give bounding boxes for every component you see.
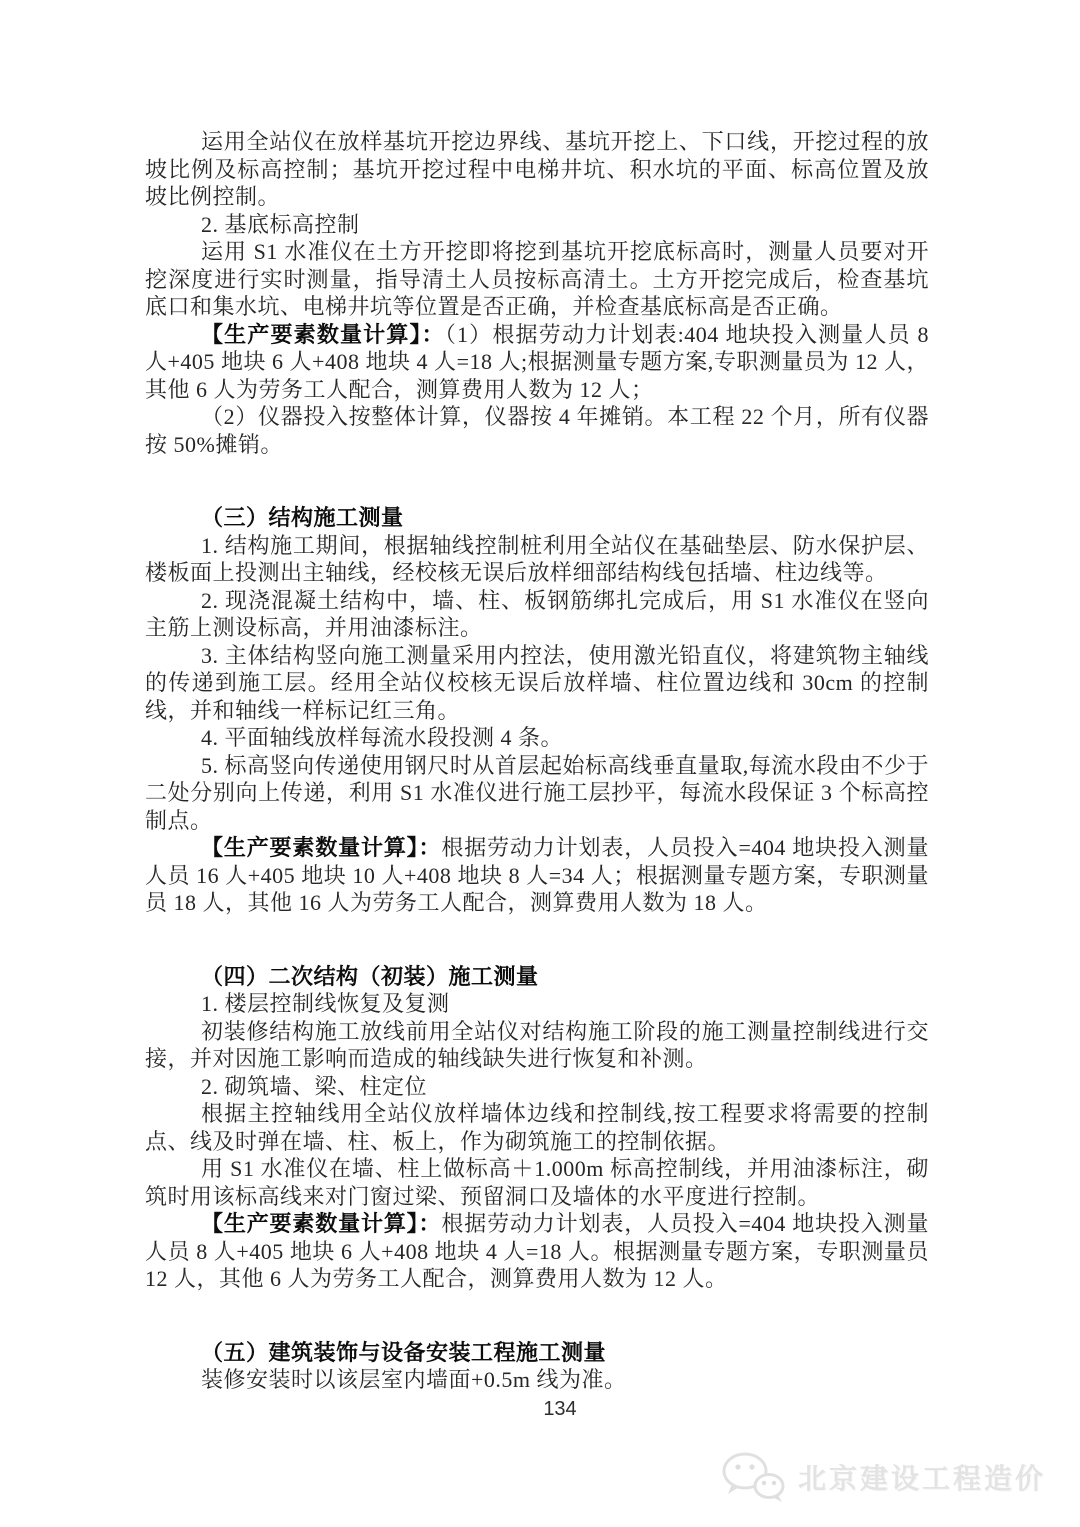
calc-paragraph: 【生产要素数量计算】：根据劳动力计划表，人员投入=404 地块投入测量人员 16… — [145, 834, 929, 917]
paragraph: 5. 标高竖向传递使用钢尺时从首层起始标高线垂直量取,每流水段由不少于二处分别向… — [145, 752, 929, 835]
section-heading: （五）建筑装饰与设备安装工程施工测量 — [145, 1339, 929, 1367]
section-heading: （三）结构施工测量 — [145, 504, 929, 532]
calc-label: 【生产要素数量计算】： — [201, 1211, 441, 1236]
wechat-icon — [720, 1450, 786, 1504]
paragraph: 1. 楼层控制线恢复及复测 — [145, 990, 929, 1018]
calc-paragraph: 【生产要素数量计算】：根据劳动力计划表，人员投入=404 地块投入测量人员 8 … — [145, 1210, 929, 1293]
watermark-text: 北京建设工程造价 — [798, 1457, 1046, 1497]
calc-label: 【生产要素数量计算】： — [201, 835, 441, 860]
calc-label: 【生产要素数量计算】： — [201, 322, 445, 347]
document-page: 运用全站仪在放样基坑开挖边界线、基坑开挖上、下口线，开挖过程的放坡比例及标高控制… — [0, 0, 1080, 1527]
paragraph: 根据主控轴线用全站仪放样墙体边线和控制线,按工程要求将需要的控制点、线及时弹在墙… — [145, 1100, 929, 1155]
paragraph: （2）仪器投入按整体计算，仪器按 4 年摊销。本工程 22 个月，所有仪器按 5… — [145, 403, 929, 458]
paragraph: 运用 S1 水准仪在土方开挖即将挖到基坑开挖底标高时，测量人员要对开挖深度进行实… — [145, 238, 929, 321]
paragraph: 4. 平面轴线放样每流水段投测 4 条。 — [145, 724, 929, 752]
paragraph: 2. 基底标高控制 — [145, 211, 929, 239]
paragraph: 运用全站仪在放样基坑开挖边界线、基坑开挖上、下口线，开挖过程的放坡比例及标高控制… — [145, 128, 929, 211]
watermark: 北京建设工程造价 — [720, 1450, 1046, 1504]
paragraph: 2. 砌筑墙、梁、柱定位 — [145, 1073, 929, 1101]
paragraph: 用 S1 水准仪在墙、柱上做标高＋1.000m 标高控制线，并用油漆标注，砌筑时… — [145, 1155, 929, 1210]
paragraph: 2. 现浇混凝土结构中，墙、柱、板钢筋绑扎完成后，用 S1 水准仪在竖向主筋上测… — [145, 587, 929, 642]
paragraph: 初装修结构施工放线前用全站仪对结构施工阶段的施工测量控制线进行交接，并对因施工影… — [145, 1018, 929, 1073]
document-body: 运用全站仪在放样基坑开挖边界线、基坑开挖上、下口线，开挖过程的放坡比例及标高控制… — [145, 128, 929, 1394]
paragraph: 装修安装时以该层室内墙面+0.5m 线为准。 — [145, 1366, 929, 1394]
section-heading: （四）二次结构（初装）施工测量 — [145, 963, 929, 991]
paragraph: 3. 主体结构竖向施工测量采用内控法，使用激光铅直仪，将建筑物主轴线的传递到施工… — [145, 642, 929, 725]
paragraph: 1. 结构施工期间，根据轴线控制桩利用全站仪在基础垫层、防水保护层、楼板面上投测… — [145, 532, 929, 587]
page-number: 134 — [0, 1398, 1080, 1421]
calc-paragraph: 【生产要素数量计算】：（1）根据劳动力计划表:404 地块投入测量人员 8 人+… — [145, 321, 929, 404]
